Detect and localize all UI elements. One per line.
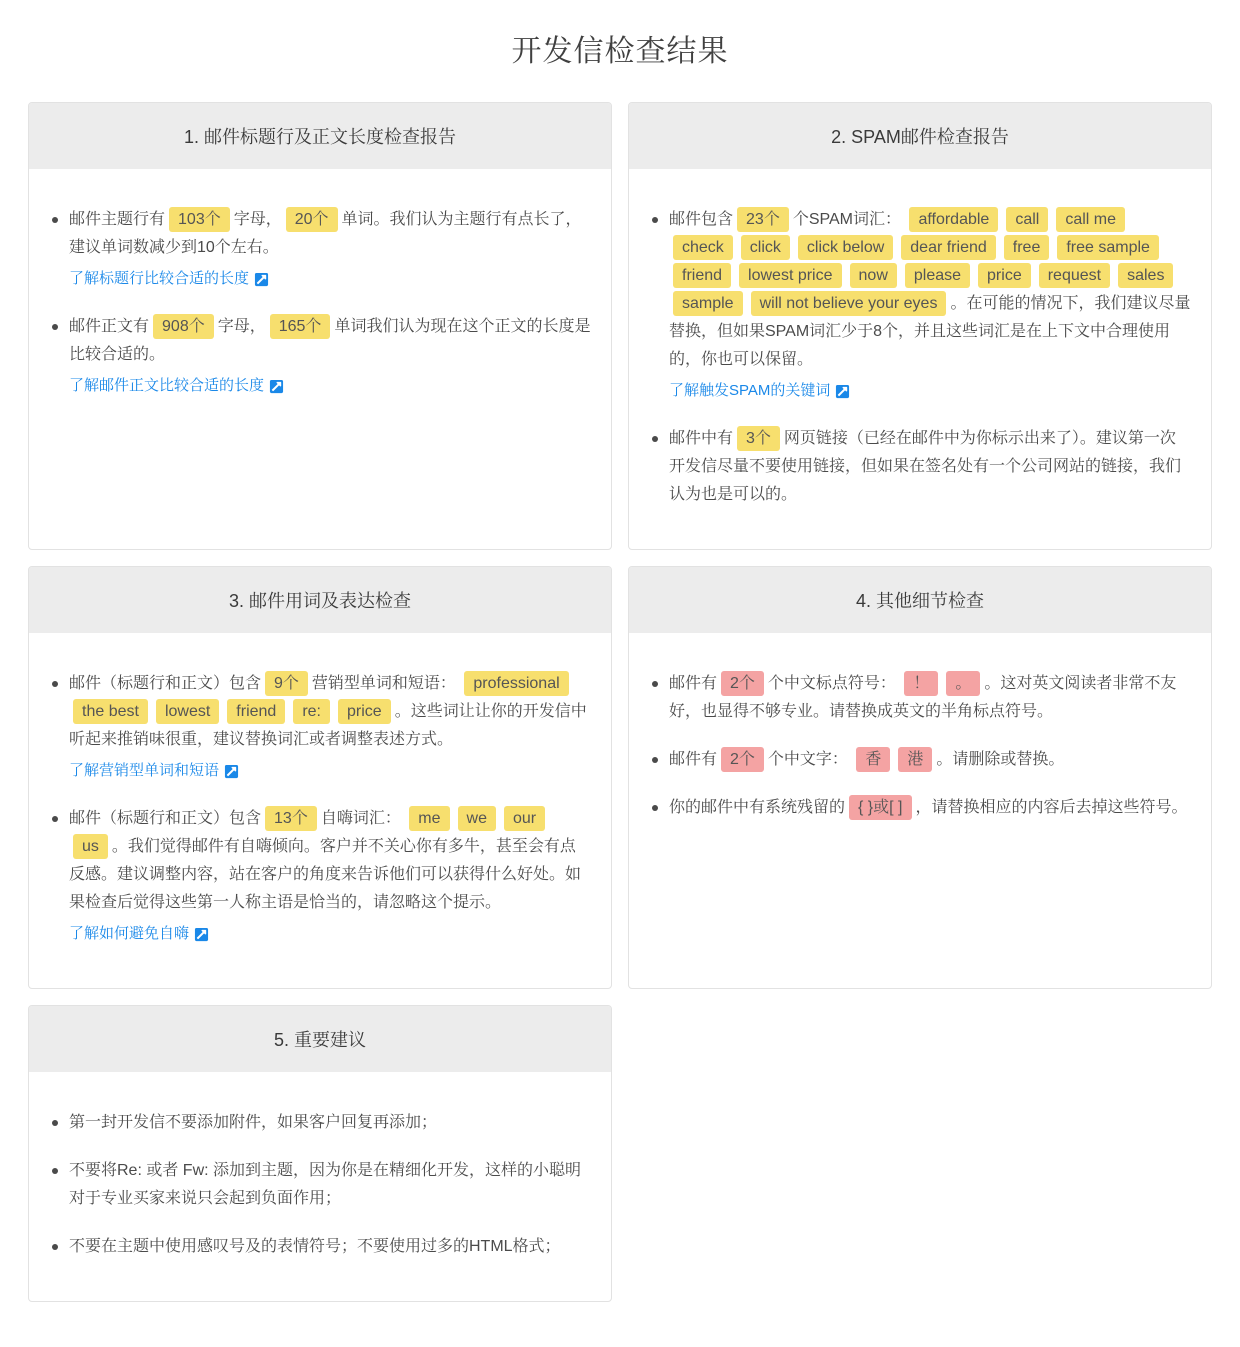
item-list: 邮件包含23个个SPAM词汇： affordablecallcall meche…	[651, 206, 1191, 509]
highlight-tag: me	[409, 806, 449, 831]
external-link-icon	[254, 272, 269, 287]
learn-more-link[interactable]: 了解标题行比较合适的长度	[69, 265, 269, 293]
highlight-tag: sales	[1118, 263, 1173, 288]
highlight-tag: lowest	[156, 699, 219, 724]
highlight-tag: 20个	[286, 207, 338, 232]
text-segment: ，请替换相应的内容后去掉这些符号。	[916, 799, 1188, 816]
highlight-tag: check	[673, 235, 733, 260]
list-item: 你的邮件中有系统残留的{ }或[ ]，请替换相应的内容后去掉这些符号。	[651, 794, 1191, 822]
item-text: 邮件（标题行和正文）包含9个营销型单词和短语： professionalthe …	[69, 670, 591, 754]
panel-spam-check: 2. SPAM邮件检查报告邮件包含23个个SPAM词汇： affordablec…	[628, 102, 1212, 550]
panel-wording-check: 3. 邮件用词及表达检查邮件（标题行和正文）包含9个营销型单词和短语： prof…	[28, 566, 612, 989]
panels-grid: 1. 邮件标题行及正文长度检查报告邮件主题行有103个字母，20个单词。我们认为…	[28, 102, 1212, 1302]
highlight-tag: professional	[464, 671, 568, 696]
highlight-tag: 2个	[721, 747, 764, 772]
panel-body-suggestions: 第一封开发信不要添加附件，如果客户回复再添加；不要将Re: 或者 Fw: 添加到…	[29, 1072, 611, 1301]
highlight-tag: click	[741, 235, 790, 260]
text-segment: 营销型单词和短语：	[312, 675, 460, 692]
text-segment: 第一封开发信不要添加附件，如果客户回复再添加；	[69, 1114, 437, 1131]
highlight-tag: the best	[73, 699, 148, 724]
item-text: 不要在主题中使用感叹号及的表情符号；不要使用过多的HTML格式；	[69, 1233, 591, 1261]
panel-title-suggestions: 5. 重要建议	[29, 1006, 611, 1072]
item-text: 邮件正文有908个字母，165个单词我们认为现在这个正文的长度是比较合适的。	[69, 313, 591, 369]
panel-body-detail-check: 邮件有2个个中文标点符号： ！。。这对英文阅读者非常不友好，也显得不够专业。请替…	[629, 633, 1211, 988]
text-segment: 不要将Re: 或者 Fw: 添加到主题，因为你是在精细化开发，这样的小聪明对于专…	[69, 1162, 581, 1207]
highlight-tag: 103个	[169, 207, 230, 232]
panel-title-wording-check: 3. 邮件用词及表达检查	[29, 567, 611, 633]
text-segment: 。请删除或替换。	[936, 751, 1064, 768]
item-text: 邮件包含23个个SPAM词汇： affordablecallcall meche…	[669, 206, 1191, 374]
panel-title-detail-check: 4. 其他细节检查	[629, 567, 1211, 633]
text-segment: 个中文字：	[768, 751, 852, 768]
item-list: 第一封开发信不要添加附件，如果客户回复再添加；不要将Re: 或者 Fw: 添加到…	[51, 1109, 591, 1261]
text-segment: 邮件中有	[669, 430, 733, 447]
highlight-tag: { }或[ ]	[849, 795, 911, 820]
item-text: 邮件主题行有103个字母，20个单词。我们认为主题行有点长了，建议单词数减少到1…	[69, 206, 591, 262]
page: 开发信检查结果 1. 邮件标题行及正文长度检查报告邮件主题行有103个字母，20…	[0, 26, 1240, 1347]
panel-length-check: 1. 邮件标题行及正文长度检查报告邮件主题行有103个字母，20个单词。我们认为…	[28, 102, 612, 550]
list-item: 邮件（标题行和正文）包含13个自嗨词汇： meweourus。我们觉得邮件有自嗨…	[51, 805, 591, 948]
external-link-icon	[835, 384, 850, 399]
list-item: 邮件有2个个中文字： 香港。请删除或替换。	[651, 746, 1191, 774]
external-link-icon	[194, 927, 209, 942]
highlight-tag: ！	[904, 671, 938, 696]
item-text: 你的邮件中有系统残留的{ }或[ ]，请替换相应的内容后去掉这些符号。	[669, 794, 1191, 822]
learn-more-link[interactable]: 了解触发SPAM的关键词	[669, 377, 850, 405]
list-item: 邮件中有3个网页链接（已经在邮件中为你标示出来了）。建议第一次开发信尽量不要使用…	[651, 425, 1191, 509]
item-text: 邮件有2个个中文标点符号： ！。。这对英文阅读者非常不友好，也显得不够专业。请替…	[669, 670, 1191, 726]
highlight-tag: request	[1039, 263, 1110, 288]
learn-more-link[interactable]: 了解如何避免自嗨	[69, 920, 209, 948]
highlight-tag: 165个	[270, 314, 331, 339]
highlight-tag: 23个	[737, 207, 789, 232]
highlight-tag: please	[905, 263, 970, 288]
list-item: 第一封开发信不要添加附件，如果客户回复再添加；	[51, 1109, 591, 1137]
item-text: 邮件中有3个网页链接（已经在邮件中为你标示出来了）。建议第一次开发信尽量不要使用…	[669, 425, 1191, 509]
highlight-tag: friend	[673, 263, 731, 288]
highlight-tag: our	[504, 806, 545, 831]
text-segment: 邮件（标题行和正文）包含	[69, 810, 261, 827]
highlight-tag: call	[1006, 207, 1048, 232]
highlight-tag: 。	[946, 671, 980, 696]
text-segment: 个SPAM词汇：	[793, 211, 906, 228]
list-item: 邮件（标题行和正文）包含9个营销型单词和短语： professionalthe …	[51, 670, 591, 785]
text-segment: 邮件主题行有	[69, 211, 165, 228]
panel-body-spam-check: 邮件包含23个个SPAM词汇： affordablecallcall meche…	[629, 169, 1211, 549]
list-item: 不要将Re: 或者 Fw: 添加到主题，因为你是在精细化开发，这样的小聪明对于专…	[51, 1157, 591, 1213]
highlight-tag: dear friend	[901, 235, 996, 260]
item-list: 邮件（标题行和正文）包含9个营销型单词和短语： professionalthe …	[51, 670, 591, 948]
highlight-tag: call me	[1056, 207, 1125, 232]
highlight-tag: now	[850, 263, 897, 288]
text-segment: 字母，	[218, 318, 266, 335]
text-segment: 邮件有	[669, 675, 717, 692]
highlight-tag: 香	[856, 747, 890, 772]
list-item: 邮件有2个个中文标点符号： ！。。这对英文阅读者非常不友好，也显得不够专业。请替…	[651, 670, 1191, 726]
list-item: 邮件主题行有103个字母，20个单词。我们认为主题行有点长了，建议单词数减少到1…	[51, 206, 591, 293]
highlight-tag: free	[1004, 235, 1050, 260]
text-segment: 个中文标点符号：	[768, 675, 900, 692]
highlight-tag: 2个	[721, 671, 764, 696]
panel-body-length-check: 邮件主题行有103个字母，20个单词。我们认为主题行有点长了，建议单词数减少到1…	[29, 169, 611, 549]
highlight-tag: affordable	[909, 207, 998, 232]
learn-more-label: 了解触发SPAM的关键词	[669, 377, 830, 405]
text-segment: 邮件正文有	[69, 318, 149, 335]
panel-body-wording-check: 邮件（标题行和正文）包含9个营销型单词和短语： professionalthe …	[29, 633, 611, 988]
text-segment: 邮件有	[669, 751, 717, 768]
highlight-tag: free sample	[1057, 235, 1159, 260]
highlight-tag: click below	[798, 235, 893, 260]
text-segment: 邮件（标题行和正文）包含	[69, 675, 261, 692]
list-item: 不要在主题中使用感叹号及的表情符号；不要使用过多的HTML格式；	[51, 1233, 591, 1261]
learn-more-label: 了解营销型单词和短语	[69, 757, 219, 785]
learn-more-link[interactable]: 了解营销型单词和短语	[69, 757, 239, 785]
text-segment: 邮件包含	[669, 211, 733, 228]
highlight-tag: 9个	[265, 671, 308, 696]
learn-more-link[interactable]: 了解邮件正文比较合适的长度	[69, 372, 284, 400]
item-text: 邮件（标题行和正文）包含13个自嗨词汇： meweourus。我们觉得邮件有自嗨…	[69, 805, 591, 917]
highlight-tag: 908个	[153, 314, 214, 339]
panel-title-spam-check: 2. SPAM邮件检查报告	[629, 103, 1211, 169]
panel-detail-check: 4. 其他细节检查邮件有2个个中文标点符号： ！。。这对英文阅读者非常不友好，也…	[628, 566, 1212, 989]
text-segment: 自嗨词汇：	[321, 810, 405, 827]
highlight-tag: re:	[293, 699, 330, 724]
highlight-tag: lowest price	[739, 263, 841, 288]
highlight-tag: us	[73, 834, 108, 859]
item-text: 不要将Re: 或者 Fw: 添加到主题，因为你是在精细化开发，这样的小聪明对于专…	[69, 1157, 591, 1213]
text-segment: 你的邮件中有系统残留的	[669, 799, 845, 816]
highlight-tag: 3个	[737, 426, 780, 451]
text-segment: 不要在主题中使用感叹号及的表情符号；不要使用过多的HTML格式；	[69, 1238, 561, 1255]
item-list: 邮件主题行有103个字母，20个单词。我们认为主题行有点长了，建议单词数减少到1…	[51, 206, 591, 400]
list-item: 邮件正文有908个字母，165个单词我们认为现在这个正文的长度是比较合适的。了解…	[51, 313, 591, 400]
text-segment: 。我们觉得邮件有自嗨倾向。客户并不关心你有多牛，甚至会有点反感。建议调整内容，站…	[69, 838, 581, 911]
item-text: 邮件有2个个中文字： 香港。请删除或替换。	[669, 746, 1191, 774]
learn-more-label: 了解邮件正文比较合适的长度	[69, 372, 264, 400]
item-list: 邮件有2个个中文标点符号： ！。。这对英文阅读者非常不友好，也显得不够专业。请替…	[651, 670, 1191, 822]
highlight-tag: price	[338, 699, 391, 724]
item-text: 第一封开发信不要添加附件，如果客户回复再添加；	[69, 1109, 591, 1137]
page-title: 开发信检查结果	[28, 26, 1212, 70]
external-link-icon	[224, 764, 239, 779]
learn-more-label: 了解标题行比较合适的长度	[69, 265, 249, 293]
highlight-tag: friend	[227, 699, 285, 724]
panel-title-length-check: 1. 邮件标题行及正文长度检查报告	[29, 103, 611, 169]
text-segment: 字母，	[234, 211, 282, 228]
panel-suggestions: 5. 重要建议第一封开发信不要添加附件，如果客户回复再添加；不要将Re: 或者 …	[28, 1005, 612, 1302]
learn-more-label: 了解如何避免自嗨	[69, 920, 189, 948]
highlight-tag: 13个	[265, 806, 317, 831]
highlight-tag: will not believe your eyes	[751, 291, 947, 316]
external-link-icon	[269, 379, 284, 394]
highlight-tag: price	[978, 263, 1031, 288]
highlight-tag: we	[458, 806, 496, 831]
highlight-tag: 港	[898, 747, 932, 772]
highlight-tag: sample	[673, 291, 743, 316]
list-item: 邮件包含23个个SPAM词汇： affordablecallcall meche…	[651, 206, 1191, 405]
